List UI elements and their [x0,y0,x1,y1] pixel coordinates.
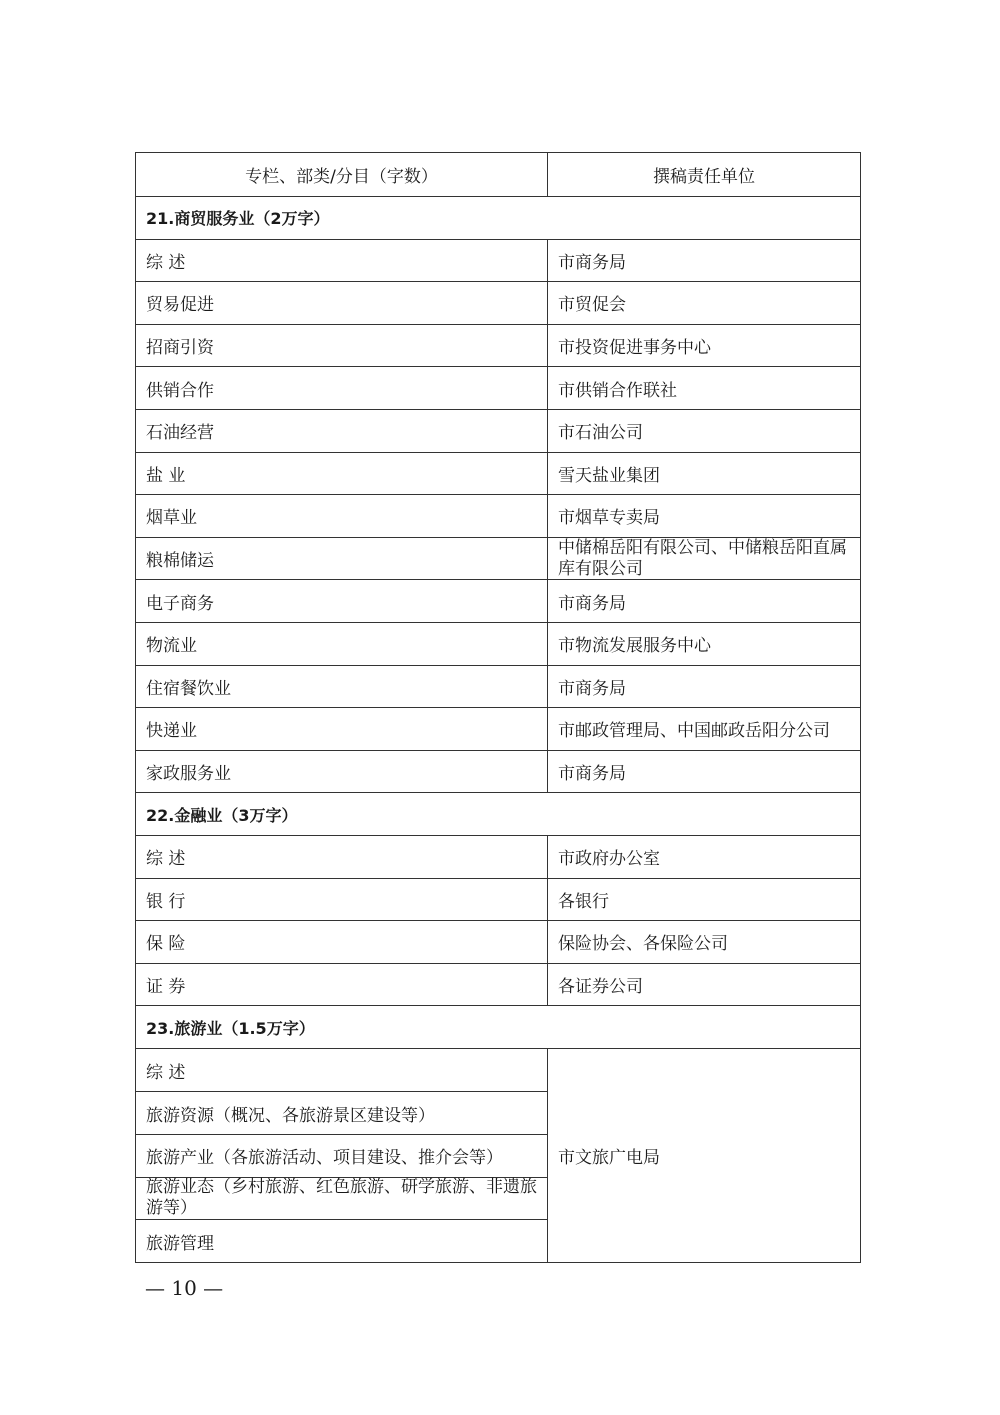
table-row: 烟草业市烟草专卖局 [136,494,860,537]
category-cell: 烟草业 [136,495,548,537]
unit-cell: 雪天盐业集团 [548,453,860,495]
table-header: 专栏、部类/分目（字数） 撰稿责任单位 [136,153,860,196]
category-cell: 保 险 [136,921,548,963]
category-cell: 快递业 [136,708,548,750]
table-row: 银 行各银行 [136,878,860,921]
unit-cell: 市物流发展服务中心 [548,623,860,665]
section-title: 23.旅游业（1.5万字） [136,1006,860,1048]
unit-cell: 各银行 [548,879,860,921]
unit-cell: 市石油公司 [548,410,860,452]
section-title-row: 22.金融业（3万字） [136,792,860,835]
category-cell: 综 述 [136,240,548,282]
table-row: 证 券各证券公司 [136,963,860,1006]
unit-cell: 市商务局 [548,240,860,282]
page-number: — 10 — [145,1276,223,1300]
unit-cell: 市投资促进事务中心 [548,325,860,367]
category-cell: 电子商务 [136,580,548,622]
category-column: 综 述 旅游资源（概况、各旅游景区建设等） 旅游产业（各旅游活动、项目建设、推介… [136,1049,548,1262]
table-row: 电子商务市商务局 [136,579,860,622]
header-category: 专栏、部类/分目（字数） [136,153,548,196]
assignment-table: 专栏、部类/分目（字数） 撰稿责任单位 21.商贸服务业（2万字） 综 述市商务… [135,152,861,1263]
category-cell: 综 述 [136,836,548,878]
unit-cell: 市邮政管理局、中国邮政岳阳分公司 [548,708,860,750]
unit-cell: 市供销合作联社 [548,367,860,409]
section-title: 22.金融业（3万字） [136,793,860,835]
category-cell: 银 行 [136,879,548,921]
category-cell: 贸易促进 [136,282,548,324]
table-row: 保 险保险协会、各保险公司 [136,920,860,963]
merged-unit-cell: 市文旅广电局 [548,1049,860,1262]
category-cell: 石油经营 [136,410,548,452]
unit-cell: 市政府办公室 [548,836,860,878]
merged-row-group: 综 述 旅游资源（概况、各旅游景区建设等） 旅游产业（各旅游活动、项目建设、推介… [136,1048,860,1262]
section-title-row: 23.旅游业（1.5万字） [136,1005,860,1048]
unit-cell: 各证券公司 [548,964,860,1006]
table-row: 家政服务业市商务局 [136,750,860,793]
category-cell: 家政服务业 [136,751,548,793]
category-cell: 粮棉储运 [136,538,548,580]
unit-cell: 市商务局 [548,751,860,793]
table-row: 物流业市物流发展服务中心 [136,622,860,665]
header-unit: 撰稿责任单位 [548,153,860,196]
category-cell: 综 述 [136,1049,547,1092]
category-cell: 物流业 [136,623,548,665]
table-row: 石油经营市石油公司 [136,409,860,452]
category-cell: 旅游管理 [136,1219,547,1262]
table-row: 招商引资市投资促进事务中心 [136,324,860,367]
unit-cell: 市商务局 [548,580,860,622]
category-cell: 住宿餐饮业 [136,666,548,708]
category-cell: 供销合作 [136,367,548,409]
table-row: 贸易促进市贸促会 [136,281,860,324]
unit-cell: 中储棉岳阳有限公司、中储粮岳阳直属库有限公司 [548,538,860,580]
section-title: 21.商贸服务业（2万字） [136,197,860,239]
table-row: 盐 业雪天盐业集团 [136,452,860,495]
table-row: 供销合作市供销合作联社 [136,366,860,409]
unit-cell: 市烟草专卖局 [548,495,860,537]
table-row: 综 述市政府办公室 [136,835,860,878]
category-cell: 盐 业 [136,453,548,495]
section-title-row: 21.商贸服务业（2万字） [136,196,860,239]
category-cell: 旅游产业（各旅游活动、项目建设、推介会等） [136,1134,547,1177]
table-row: 快递业市邮政管理局、中国邮政岳阳分公司 [136,707,860,750]
category-cell: 旅游资源（概况、各旅游景区建设等） [136,1091,547,1134]
unit-cell: 市贸促会 [548,282,860,324]
category-cell: 招商引资 [136,325,548,367]
table-row: 粮棉储运中储棉岳阳有限公司、中储粮岳阳直属库有限公司 [136,537,860,580]
category-cell: 证 券 [136,964,548,1006]
unit-cell: 市商务局 [548,666,860,708]
table-row: 综 述市商务局 [136,239,860,282]
unit-cell: 保险协会、各保险公司 [548,921,860,963]
category-cell: 旅游业态（乡村旅游、红色旅游、研学旅游、非遗旅游等） [136,1177,547,1220]
table-row: 住宿餐饮业市商务局 [136,665,860,708]
